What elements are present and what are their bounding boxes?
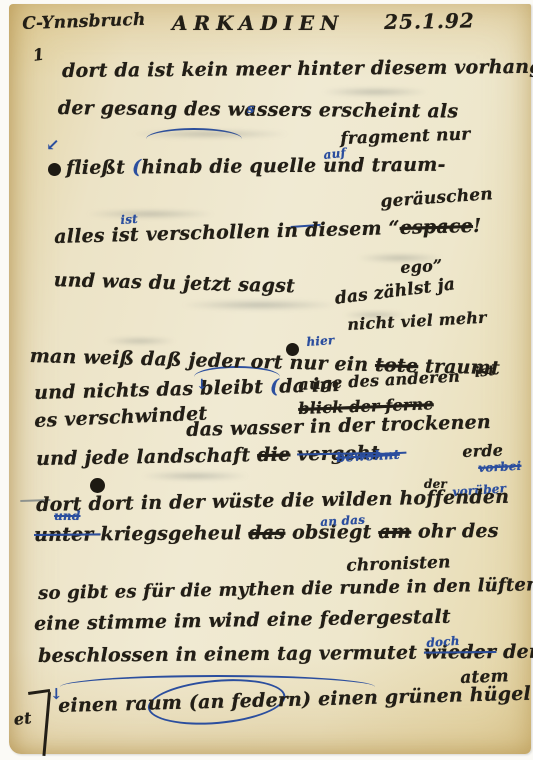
insertion-annotation: s	[247, 103, 255, 116]
stanza-number: 1	[32, 46, 45, 63]
insertion-annotation: hier	[306, 334, 335, 348]
manuscript-line: dort da ist kein meer hinter diesem vorh…	[62, 58, 533, 81]
insertion-annotation: an das	[320, 514, 365, 528]
arrow-annotation: ↓	[196, 378, 208, 392]
manuscript-line: und was du jetzt sagst	[54, 271, 296, 296]
revision-annotation: vorbei	[478, 460, 522, 474]
manuscript-line: ego”	[400, 258, 443, 276]
manuscript-line: dort dort in der wüste die wilden hoffen…	[36, 488, 509, 515]
manuscript-line: alles ist verschollen in diesem “espace!	[54, 217, 482, 247]
ink-layer: C-Ynnsbruch ARKADIEN 25.1.92 1 et dort d…	[0, 0, 533, 760]
manuscript-line: chronisten	[346, 554, 451, 575]
header-date: 25.1.92	[384, 10, 475, 32]
arrow-annotation: ↓	[50, 687, 63, 702]
manuscript-line: unter kriegsgeheul das obsiegt am ohr de…	[34, 522, 499, 545]
manuscript-line: geräuschen	[380, 186, 493, 211]
manuscript-line: das zählst ja	[334, 276, 456, 308]
manuscript-line: so gibt es für die mythen die runde in d…	[38, 576, 533, 603]
manuscript-line: fließt (hinab die quelle und traum-	[66, 156, 446, 178]
manuscript-line: fragment nur	[340, 126, 471, 148]
revision-annotation: bewohnt	[336, 449, 400, 465]
manuscript-line: einen raum (an federn) einen grünen hüge…	[58, 685, 531, 716]
header-place: C-Ynnsbruch	[22, 12, 146, 33]
insertion-annotation: doch	[426, 635, 460, 649]
insertion-annotation: auf	[323, 147, 346, 161]
manuscript-line: ist	[474, 364, 496, 380]
manuscript-line: der gesang des wassers erscheint als	[58, 99, 459, 121]
insertion-annotation: ist	[120, 213, 138, 226]
manuscript-line: eine stimme im wind eine federgestalt	[34, 608, 451, 634]
manuscript-line: es verschwindet	[34, 404, 208, 431]
manuscript-line: und jede landschaft die vergeht	[36, 444, 380, 469]
manuscript-line: erde	[462, 443, 503, 460]
manuscript-line: das wasser in der trockenen	[186, 413, 491, 440]
manuscript-scan: C-Ynnsbruch ARKADIEN 25.1.92 1 et dort d…	[0, 0, 533, 760]
page-title: ARKADIEN	[172, 13, 344, 33]
corner-note: et	[13, 710, 33, 728]
manuscript-line: und nichts das bleibt (da im	[34, 376, 340, 403]
manuscript-line: nicht viel mehr	[347, 310, 487, 333]
arrow-annotation: ↙	[46, 137, 60, 153]
revision-annotation: und	[54, 510, 80, 522]
